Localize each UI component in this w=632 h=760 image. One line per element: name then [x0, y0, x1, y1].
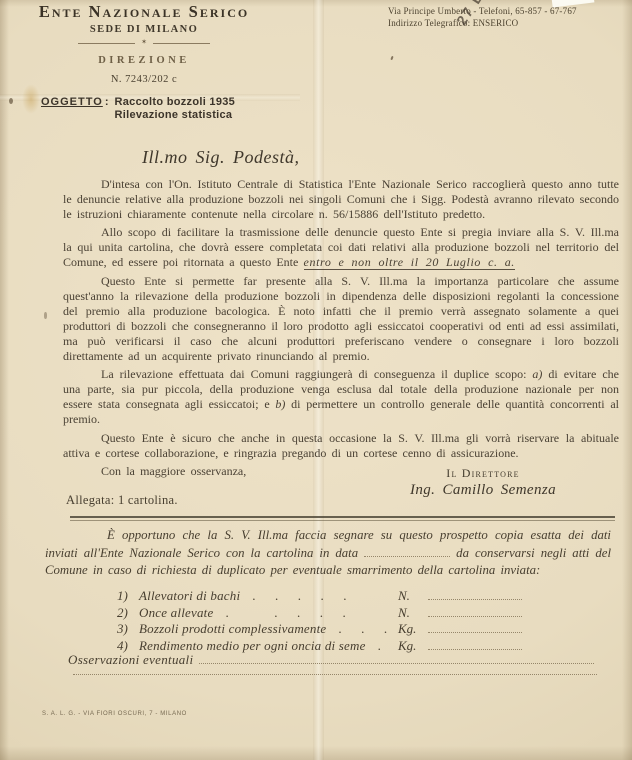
paragraph-2: Allo scopo di facilitare la trasmissione…: [63, 225, 619, 270]
protocol-number: N. 7243/202 c: [38, 74, 250, 85]
deadline-phrase: entro e non oltre il 20 Luglio c. a.: [304, 255, 515, 270]
star-ornament-icon: ✶: [135, 38, 153, 46]
paragraph-3-text: Questo Ente si permette far presente all…: [63, 274, 619, 363]
row-number: 2): [117, 605, 139, 621]
row-number: 1): [117, 588, 139, 604]
fill-in-line: [428, 638, 522, 650]
paragraph-4: La rilevazione effettuata dai Comuni rag…: [63, 367, 619, 427]
row-unit: N.: [398, 605, 428, 621]
fill-in-line: [428, 588, 522, 600]
letter-body: D'intesa con l'On. Istituto Centrale di …: [63, 177, 619, 482]
row-unit: Kg.: [398, 621, 428, 637]
fill-in-line: [428, 605, 522, 617]
paragraph-1-text: D'intesa con l'On. Istituto Centrale di …: [63, 177, 619, 221]
dot-leaders: . . . . .: [240, 588, 398, 604]
form-row-1: 1) Allevatori di bachi . . . . . N.: [117, 588, 522, 605]
row-label: Bozzoli prodotti complessivamente: [139, 621, 326, 637]
paragraph-1: D'intesa con l'On. Istituto Centrale di …: [63, 177, 619, 222]
paper-stain: [22, 84, 40, 114]
rule-segment: [153, 43, 210, 44]
row-unit: N.: [398, 588, 428, 604]
salutation: Ill.mo Sig. Podestà,: [142, 147, 300, 168]
row-label: Allevatori di bachi: [139, 588, 240, 604]
printer-mark: S. A. L. G. - VIA FIORI OSCURI, 7 - MILA…: [42, 711, 187, 717]
ornamental-rule: ✶: [78, 40, 210, 46]
paragraph-5-text: Questo Ente è sicuro che anche in questa…: [63, 431, 619, 460]
paragraph-5: Questo Ente è sicuro che anche in questa…: [63, 431, 619, 461]
letterhead-right-block: Via Principe Umberto - Telefoni, 65-857 …: [388, 5, 577, 29]
item-letter-a: a): [532, 367, 542, 381]
rule-segment: [78, 43, 135, 44]
signature-name: Ing. Camillo Semenza: [372, 482, 594, 499]
item-letter-b: b): [275, 397, 285, 411]
paper-speck: [9, 98, 13, 104]
section-divider: [70, 516, 615, 521]
date-fill-line: [364, 546, 450, 557]
subject-label: OGGETTO: [41, 96, 103, 108]
address-phone-line: Via Principe Umberto - Telefoni, 65-857 …: [388, 5, 577, 17]
observations-label: Osservazioni eventuali: [68, 652, 193, 668]
row-number: 3): [117, 621, 139, 637]
subject-line-1: Raccolto bozzoli 1935: [114, 96, 235, 108]
subject-block: OGGETTO : Raccolto bozzoli 1935 Rilevazi…: [41, 96, 235, 122]
subject-lines: Raccolto bozzoli 1935 Rilevazione statis…: [114, 96, 235, 122]
subject-line-2: Rilevazione statistica: [114, 109, 232, 121]
dot-leaders: . . . . .: [213, 605, 398, 621]
fill-in-line: [199, 652, 594, 664]
paragraph-3: Questo Ente si permette far presente all…: [63, 274, 619, 365]
signature-title: Il Direttore: [372, 466, 594, 481]
observations-row: Osservazioni eventuali: [68, 652, 594, 668]
paragraph-4-text: La rilevazione effettuata dai Comuni rag…: [101, 367, 532, 381]
telegraph-line: Indirizzo Telegrafico: ENSERICO: [388, 17, 577, 29]
division-label: DIREZIONE: [38, 55, 250, 66]
organization-name: Ente Nazionale Serico: [38, 2, 250, 22]
fill-in-line: [428, 621, 522, 633]
row-label: Once allevate: [139, 605, 213, 621]
signature-block: Il Direttore Ing. Camillo Semenza: [372, 466, 594, 499]
form-row-3: 3) Bozzoli prodotti complessivamente . .…: [117, 621, 522, 638]
form-note: È opportuno che la S. V. Ill.ma faccia s…: [45, 527, 611, 580]
paper-speck: [390, 56, 393, 60]
paper-speck: [44, 312, 47, 319]
scanned-letter-page: Ente Nazionale Serico SEDE DI MILANO ✶ D…: [0, 0, 632, 760]
letterhead-left-block: Ente Nazionale Serico SEDE DI MILANO ✶ D…: [38, 2, 250, 85]
form-list: 1) Allevatori di bachi . . . . . N. 2) O…: [117, 588, 522, 654]
form-row-2: 2) Once allevate . . . . . N.: [117, 605, 522, 622]
office-location: SEDE DI MILANO: [38, 24, 250, 35]
subject-colon: :: [105, 96, 109, 108]
blank-fill-in-line: [73, 674, 597, 675]
dot-leaders: . . .: [326, 621, 398, 637]
enclosure-note: Allegata: 1 cartolina.: [66, 493, 178, 508]
